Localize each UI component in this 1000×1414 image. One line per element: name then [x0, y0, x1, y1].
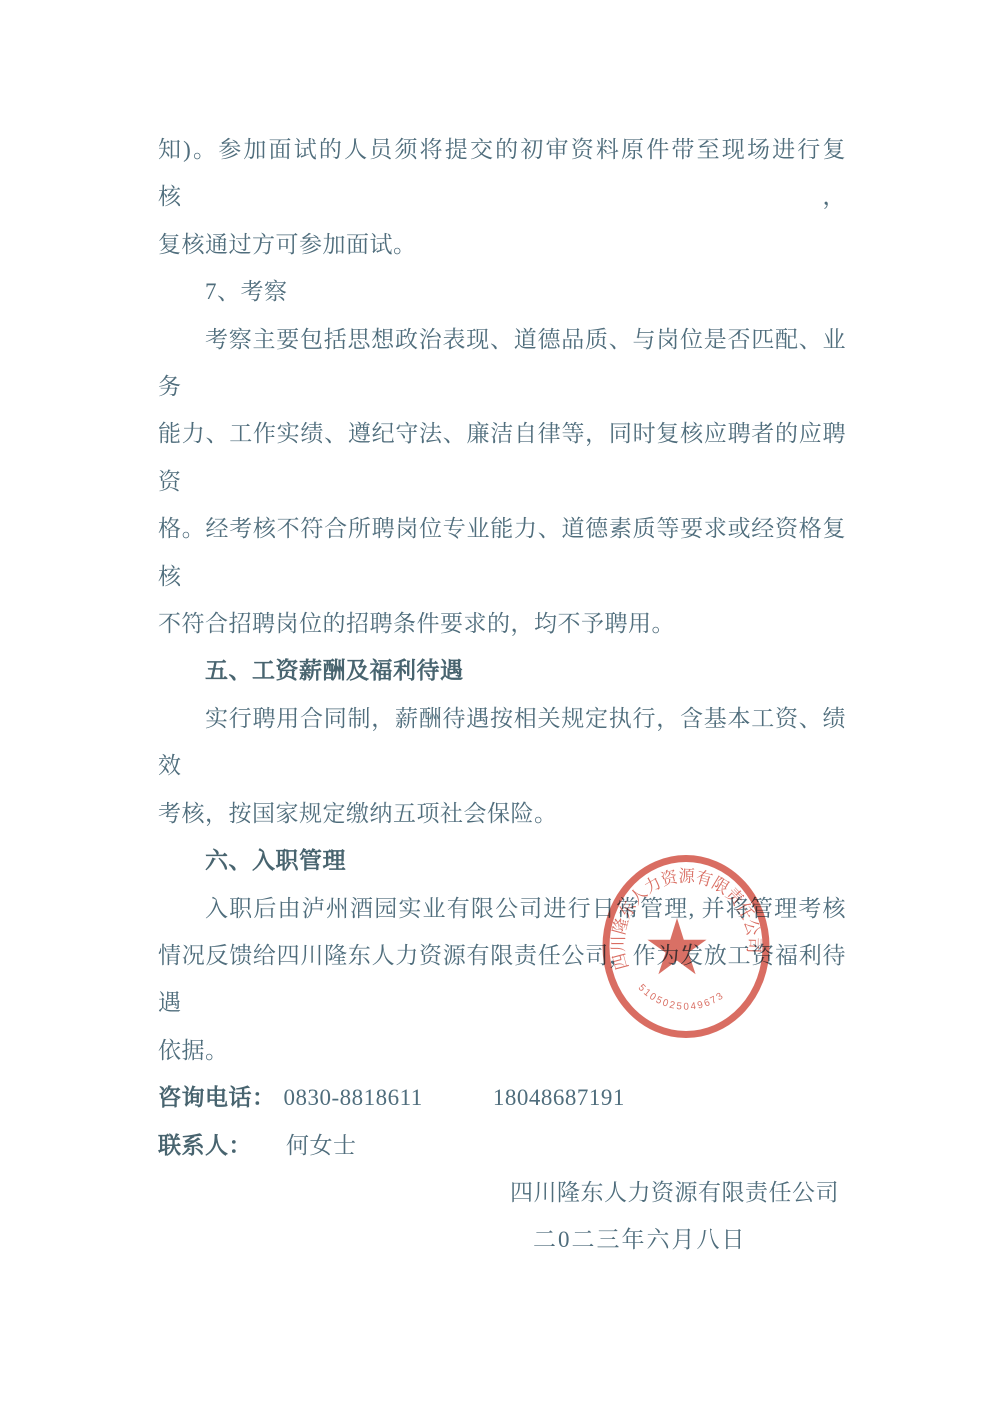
signature-company-name: 四川隆东人力资源有限责任公司: [158, 1169, 846, 1216]
contact-person-label: 联系人：: [158, 1133, 252, 1158]
phone-number-1: 0830-8818611: [284, 1085, 423, 1110]
section-heading-6: 六、入职管理: [158, 837, 846, 884]
body-line: 依据。: [158, 1027, 846, 1074]
body-line: 实行聘用合同制，薪酬待遇按相关规定执行，含基本工资、绩效: [158, 695, 846, 790]
body-line: 格。经考核不符合所聘岗位专业能力、道德素质等要求或经资格复核: [158, 505, 846, 600]
body-line: 复核通过方可参加面试。: [158, 221, 846, 268]
document-lines: 知)。参加面试的人员须将提交的初审资料原件带至现场进行复核，复核通过方可参加面试…: [158, 126, 846, 1074]
phone-number-2: 18048687191: [493, 1085, 625, 1110]
body-line: 能力、工作实绩、遵纪守法、廉洁自律等，同时复核应聘者的应聘资: [158, 410, 846, 505]
signature-date: 二0二三年六月八日: [158, 1216, 846, 1263]
subsection-heading-7: 7、考察: [158, 268, 846, 315]
body-line: 考察主要包括思想政治表现、道德品质、与岗位是否匹配、业务: [158, 316, 846, 411]
phone-label: 咨询电话：: [158, 1085, 276, 1110]
contact-phone-line: 咨询电话：0830-881861118048687191: [158, 1074, 846, 1121]
body-line: 不符合招聘岗位的招聘条件要求的，均不予聘用。: [158, 600, 846, 647]
body-line: 知)。参加面试的人员须将提交的初审资料原件带至现场进行复核，: [158, 126, 846, 221]
document-page: 知)。参加面试的人员须将提交的初审资料原件带至现场进行复核，复核通过方可参加面试…: [0, 0, 1000, 1414]
body-line: 入职后由泸州酒园实业有限公司进行日常管理, 并将管理考核: [158, 885, 846, 932]
body-line: 考核，按国家规定缴纳五项社会保险。: [158, 790, 846, 837]
body-line: 情况反馈给四川隆东人力资源有限责任公司，作为发放工资福利待遇: [158, 932, 846, 1027]
section-heading-5: 五、工资薪酬及福利待遇: [158, 647, 846, 694]
document-body: 知)。参加面试的人员须将提交的初审资料原件带至现场进行复核，复核通过方可参加面试…: [158, 126, 846, 1264]
contact-person-name: 何女士: [286, 1133, 357, 1158]
contact-person-line: 联系人：何女士: [158, 1122, 846, 1169]
